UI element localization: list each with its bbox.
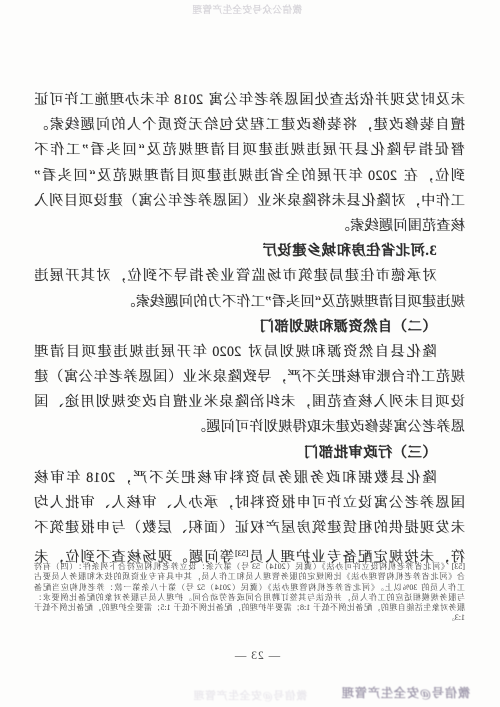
body-text-line: 国恩养老公寓设立许可申报资料时，承办人、审核人、审批人均 (34, 491, 465, 516)
body-text-line: 未及时发现并依法查处国恩养老年公寓 2018 年未办理施工许可证 (34, 88, 465, 113)
body-text-line: 隆化县数据和政务服务局资料审核把关不严，2018 年审核 (34, 466, 465, 491)
watermark-top: 微信公众号安全生产管理 (192, 2, 302, 16)
watermark-bottom-faint: 微信号@安全生产管理 (193, 688, 307, 703)
body-text-line: 督促指导隆化县开展违规违建项目清理规范及“回头看”工作不 (34, 138, 465, 163)
body-text-line: 擅自装修改建，将装修改建工程发包给无资质个人的问题线索。 (34, 113, 465, 138)
body-text-line: 核查范围问题线索。 (34, 214, 465, 239)
body-text-line: 工作中，对隆化县未将隆泉米业（国恩养老年公寓）建设项目列入 (34, 189, 465, 214)
body-text-line: 规违建项目清理规范及“回头看”工作不力的问题线索。 (34, 290, 465, 315)
page-number: — 23 — (14, 650, 500, 662)
section-heading-line: （三）行政审批部门 (34, 441, 465, 466)
body-text-line: 到位，在 2020 年开展的全省违规违建项目清理规范及“回头看” (34, 164, 465, 189)
scanned-document-page: 微信公众号安全生产管理 未及时发现并依法查处国恩养老年公寓 2018 年未办理施… (0, 0, 500, 707)
section-heading-line: 3.河北省住房和城乡建设厅 (34, 239, 465, 264)
footnote-block: [53] 《河北省养老机构设立许可办法》（冀民（2014）53 号）第六条：设立… (34, 562, 465, 624)
section-heading-line: （二）自然资源和规划部门 (34, 315, 465, 340)
footnote-text-line: [53] 《河北省养老机构设立许可办法》（冀民（2014）53 号）第六条：设立… (34, 562, 465, 572)
footnote-text-line: 服务对象生活能自理的，配备比例不低于 1:8；需要半护理的，配备比例不低于 1:… (34, 603, 465, 613)
body-text-line: 设项目未列入核查范围，未纠治隆泉米业擅自改变规划用途、国 (34, 390, 465, 415)
watermark-bottom: 微信号@安全生产管理 (341, 684, 470, 701)
footnote-text-line: 1:3。 (34, 613, 465, 623)
footnote-text-line: 与服务规模相适应的工作人员，并依法与其签订聘用合同或者劳动合同。护理人员与服务对… (34, 593, 465, 603)
body-text-line: 对承德市住建局建筑市场监管业务指导不到位，对其开展违 (34, 264, 465, 289)
footnote-ref-53: [53] (235, 549, 248, 558)
body-text-line: 恩养老公寓装修改建未取得规划许可问题。 (34, 415, 465, 440)
footnote-text-line: 合《河北省养老机构管理办法》比例规定的服务管理人员和工作人员，其中具有专业资质的… (34, 572, 465, 582)
footnote-text-line: 工作人员的 30%以上。《河北省养老机构管理办法》（冀民（2014）52 号）第… (34, 583, 465, 593)
document-body: 未及时发现并依法查处国恩养老年公寓 2018 年未办理施工许可证擅自装修改建，将… (34, 88, 465, 567)
body-text-line: 未发现提供的租赁建筑房屋产权证（面积、层数）与申报建筑不 (34, 516, 465, 541)
mirrored-scan-surface: 微信公众号安全生产管理 未及时发现并依法查处国恩养老年公寓 2018 年未办理施… (0, 0, 500, 707)
body-text-line: 规范工作台账审核把关不严，导致隆泉米业（国恩养老年公寓）建 (34, 365, 465, 390)
body-text-line: 隆化县自然资源和规划局对 2020 年开展违规违建项目清理 (34, 340, 465, 365)
